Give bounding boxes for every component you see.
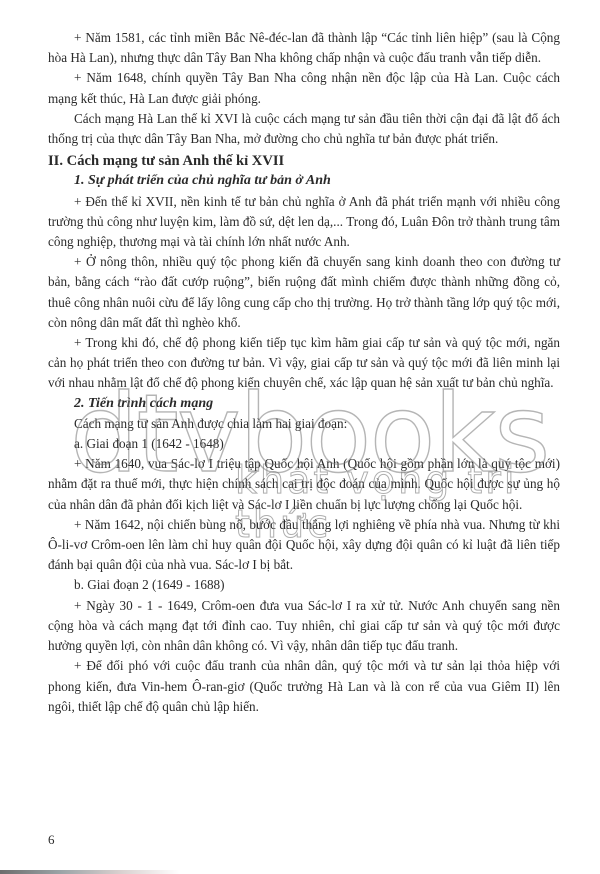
paragraph-1581: + Năm 1581, các tỉnh miền Bắc Nê-đéc-lan… (48, 28, 560, 68)
subsection-heading-revolution-process: 2. Tiến trình cách mạng (48, 394, 560, 414)
document-page: + Năm 1581, các tỉnh miền Bắc Nê-đéc-lan… (48, 28, 560, 717)
section-heading-english-revolution: II. Cách mạng tư sản Anh thế kỉ XVII (48, 151, 560, 171)
scan-edge (0, 870, 180, 874)
paragraph-summary-dutch-revolution: Cách mạng Hà Lan thế kỉ XVI là cuộc cách… (48, 109, 560, 149)
paragraph-1640: + Năm 1640, vua Sác-lơ I triệu tập Quốc … (48, 454, 560, 515)
paragraph-17th-century-economy: + Đến thế kỉ XVII, nền kinh tế tư bản ch… (48, 192, 560, 253)
phase-1-heading: a. Giai đoạn 1 (1642 - 1648) (48, 434, 560, 454)
subsection-heading-capitalism-development: 1. Sự phát triển của chủ nghĩa tư bản ở … (48, 171, 560, 191)
paragraph-two-phases: Cách mạng tư sản Anh được chia làm hai g… (48, 414, 560, 434)
paragraph-feudal-oppression: + Trong khi đó, chế độ phong kiến tiếp t… (48, 333, 560, 394)
paragraph-countryside: + Ở nông thôn, nhiều quý tộc phong kiến … (48, 252, 560, 333)
phase-2-heading: b. Giai đoạn 2 (1649 - 1688) (48, 575, 560, 595)
paragraph-1642: + Năm 1642, nội chiến bùng nổ, bước đầu … (48, 515, 560, 576)
paragraph-1649: + Ngày 30 - 1 - 1649, Crôm-oen đưa vua S… (48, 596, 560, 657)
paragraph-constitutional-monarchy: + Để đối phó với cuộc đấu tranh của nhân… (48, 656, 560, 717)
page-number: 6 (48, 832, 55, 848)
paragraph-1648: + Năm 1648, chính quyền Tây Ban Nha công… (48, 68, 560, 108)
